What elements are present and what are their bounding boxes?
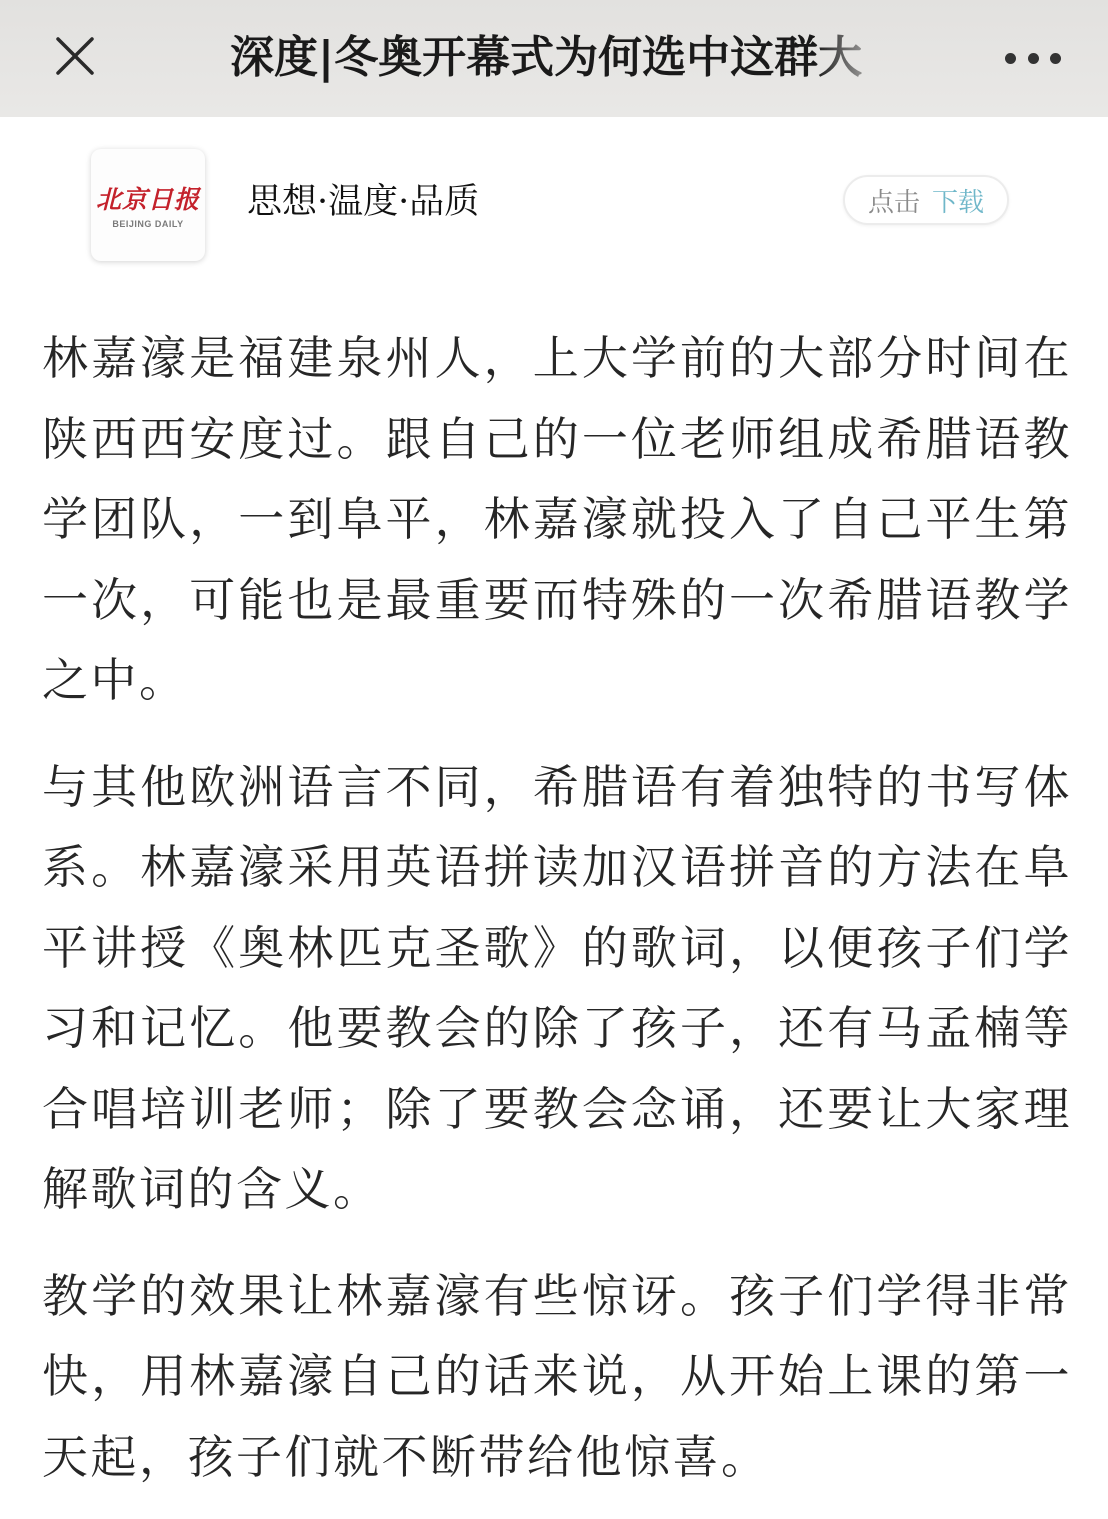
download-prefix-label: 点击 — [868, 182, 920, 219]
brand-logo[interactable]: 北京日报 BEIJING DAILY — [91, 149, 205, 261]
more-horizontal-icon — [1028, 53, 1039, 64]
download-app-button[interactable]: 点击 下载 — [843, 175, 1009, 225]
more-horizontal-icon — [1005, 53, 1016, 64]
article-paragraph: 教学的效果让林嘉濠有些惊讶。孩子们学得非常快，用林嘉濠自己的话来说，从开始上课的… — [42, 1256, 1072, 1498]
top-navigation-bar: 深度|冬奥开幕式为何选中这群大 — [0, 0, 1108, 117]
brand-name-cn: 北京日报 — [96, 185, 200, 215]
article-paragraph: 林嘉濠是福建泉州人，上大学前的大部分时间在陕西西安度过。跟自己的一位老师组成希腊… — [42, 318, 1072, 721]
brand-name-en: BEIJING DAILY — [112, 219, 183, 229]
more-options-button[interactable] — [1005, 48, 1061, 68]
download-action-label: 下载 — [932, 182, 984, 219]
close-button[interactable] — [52, 33, 98, 79]
page-title: 深度|冬奥开幕式为何选中这群大 — [230, 30, 895, 86]
more-horizontal-icon — [1050, 53, 1061, 64]
article-body: 林嘉濠是福建泉州人，上大学前的大部分时间在陕西西安度过。跟自己的一位老师组成希腊… — [42, 318, 1072, 1519]
brand-slogan: 思想·温度·品质 — [247, 178, 479, 226]
close-icon — [52, 33, 98, 79]
article-paragraph: 与其他欧洲语言不同，希腊语有着独特的书写体系。林嘉濠采用英语拼读加汉语拼音的方法… — [42, 747, 1072, 1230]
